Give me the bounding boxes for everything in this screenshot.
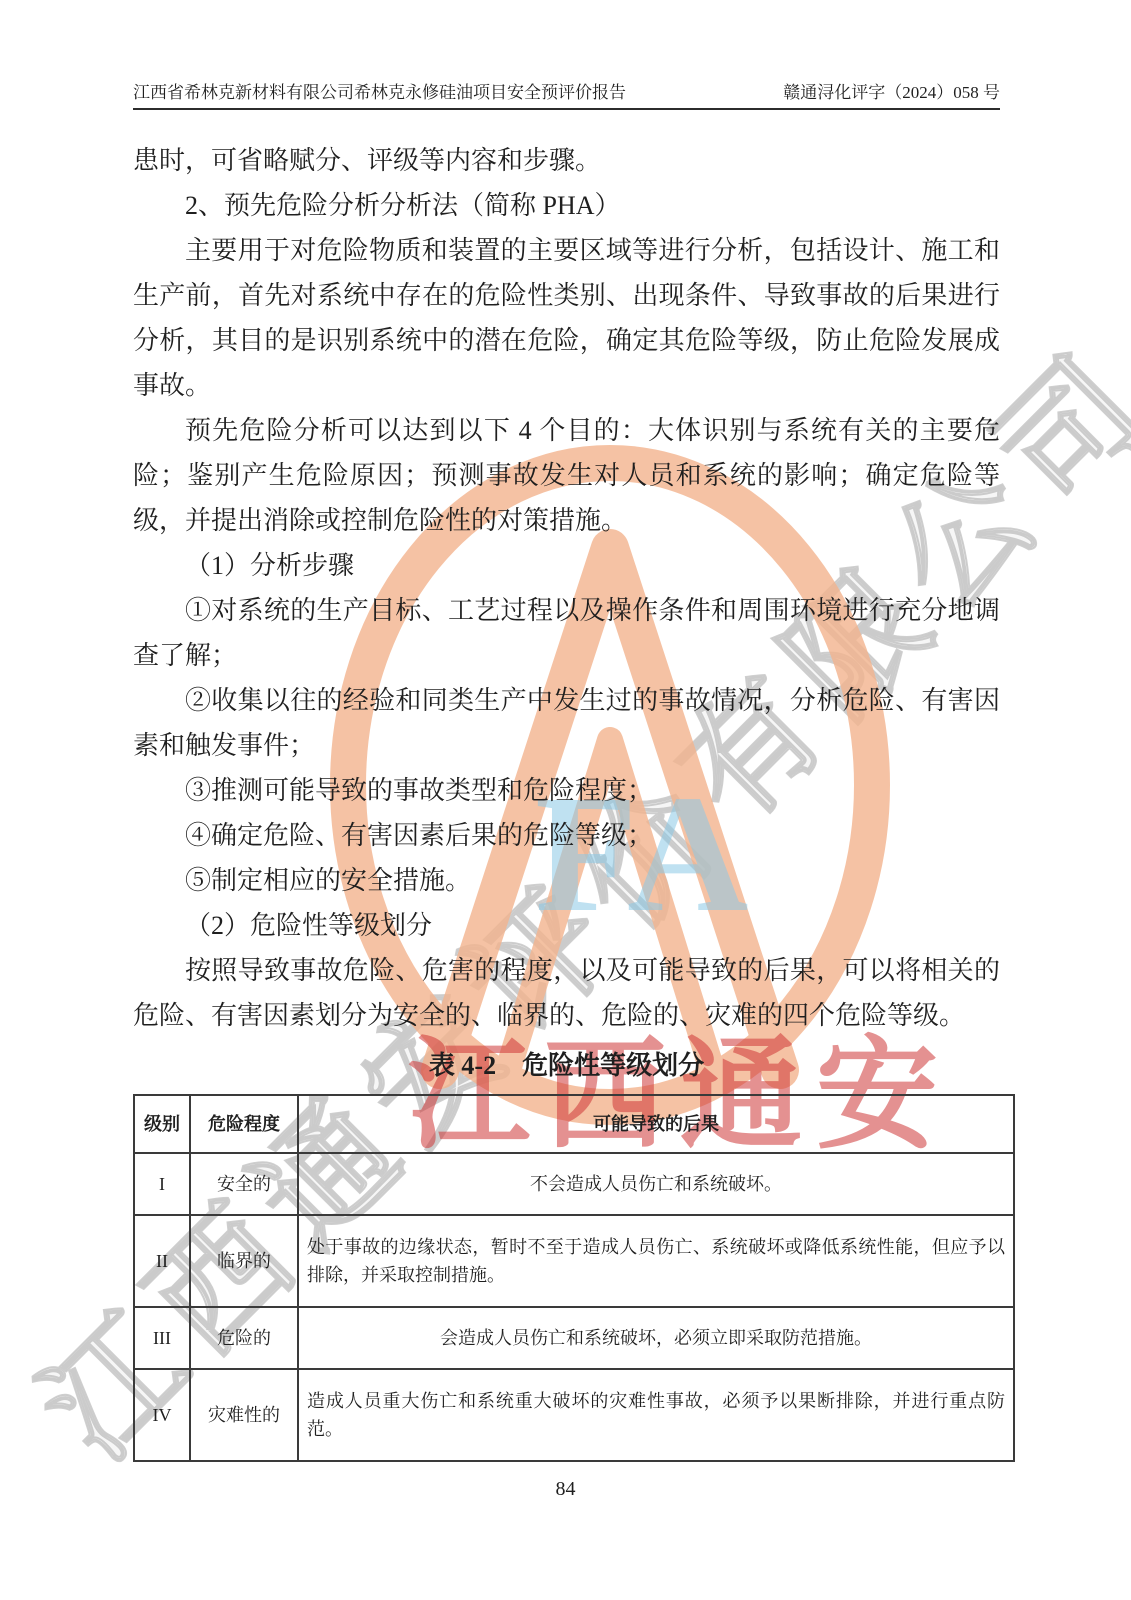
- table-row: III危险的会造成人员伤亡和系统破坏，必须立即采取防范措施。: [134, 1307, 1014, 1369]
- report-title: 江西省希林克新材料有限公司希林克永修硅油项目安全预评价报告: [133, 82, 626, 104]
- page-number: 84: [0, 1478, 1131, 1501]
- col-header-consequence: 可能导致的后果: [298, 1095, 1014, 1153]
- table-row: I安全的不会造成人员伤亡和系统破坏。: [134, 1153, 1014, 1215]
- table-header-row: 级别 危险程度 可能导致的后果: [134, 1095, 1014, 1153]
- document-number: 赣通浔化评字（2024）058 号: [783, 82, 1000, 104]
- paragraph: 主要用于对危险物质和装置的主要区域等进行分析，包括设计、施工和生产前，首先对系统…: [133, 228, 1000, 408]
- paragraph: 患时，可省略赋分、评级等内容和步骤。: [133, 138, 1000, 183]
- cell-level: II: [134, 1215, 190, 1307]
- risk-grade-table: 级别 危险程度 可能导致的后果 I安全的不会造成人员伤亡和系统破坏。II临界的处…: [133, 1094, 1015, 1462]
- table-row: II临界的处于事故的边缘状态，暂时不至于造成人员伤亡、系统破坏或降低系统性能，但…: [134, 1215, 1014, 1307]
- cell-degree: 临界的: [190, 1215, 298, 1307]
- cell-level: I: [134, 1153, 190, 1215]
- paragraph: ③推测可能导致的事故类型和危险程度；: [133, 768, 1000, 813]
- paragraph: ①对系统的生产目标、工艺过程以及操作条件和周围环境进行充分地调查了解；: [133, 588, 1000, 678]
- page-content: 江西省希林克新材料有限公司希林克永修硅油项目安全预评价报告 赣通浔化评字（202…: [133, 82, 1000, 1462]
- cell-consequence: 会造成人员伤亡和系统破坏，必须立即采取防范措施。: [298, 1307, 1014, 1369]
- cell-consequence: 处于事故的边缘状态，暂时不至于造成人员伤亡、系统破坏或降低系统性能，但应予以排除…: [298, 1215, 1014, 1307]
- cell-degree: 安全的: [190, 1153, 298, 1215]
- table-row: IV灾难性的造成人员重大伤亡和系统重大破坏的灾难性事故，必须予以果断排除，并进行…: [134, 1369, 1014, 1461]
- col-header-level: 级别: [134, 1095, 190, 1153]
- paragraph: （2）危险性等级划分: [133, 903, 1000, 948]
- col-header-degree: 危险程度: [190, 1095, 298, 1153]
- paragraph: （1）分析步骤: [133, 543, 1000, 588]
- cell-consequence: 造成人员重大伤亡和系统重大破坏的灾难性事故，必须予以果断排除，并进行重点防范。: [298, 1369, 1014, 1461]
- paragraph: 预先危险分析可以达到以下 4 个目的：大体识别与系统有关的主要危险；鉴别产生危险…: [133, 408, 1000, 543]
- table-caption: 表 4-2 危险性等级划分: [133, 1046, 1000, 1086]
- body-paragraphs: 患时，可省略赋分、评级等内容和步骤。2、预先危险分析分析法（简称 PHA）主要用…: [133, 138, 1000, 1038]
- page-header: 江西省希林克新材料有限公司希林克永修硅油项目安全预评价报告 赣通浔化评字（202…: [133, 82, 1000, 110]
- paragraph: 2、预先危险分析分析法（简称 PHA）: [133, 183, 1000, 228]
- cell-degree: 灾难性的: [190, 1369, 298, 1461]
- paragraph: ⑤制定相应的安全措施。: [133, 858, 1000, 903]
- cell-level: III: [134, 1307, 190, 1369]
- paragraph: 按照导致事故危险、危害的程度，以及可能导致的后果，可以将相关的危险、有害因素划分…: [133, 948, 1000, 1038]
- document-page: 江西通安评价有限公司 FA 江西通安 江西省希林克新材料有限公司希林克永修硅油项…: [0, 0, 1131, 1600]
- cell-degree: 危险的: [190, 1307, 298, 1369]
- paragraph: ④确定危险、有害因素后果的危险等级；: [133, 813, 1000, 858]
- cell-consequence: 不会造成人员伤亡和系统破坏。: [298, 1153, 1014, 1215]
- risk-table-body: I安全的不会造成人员伤亡和系统破坏。II临界的处于事故的边缘状态，暂时不至于造成…: [134, 1153, 1014, 1461]
- cell-level: IV: [134, 1369, 190, 1461]
- paragraph: ②收集以往的经验和同类生产中发生过的事故情况，分析危险、有害因素和触发事件；: [133, 678, 1000, 768]
